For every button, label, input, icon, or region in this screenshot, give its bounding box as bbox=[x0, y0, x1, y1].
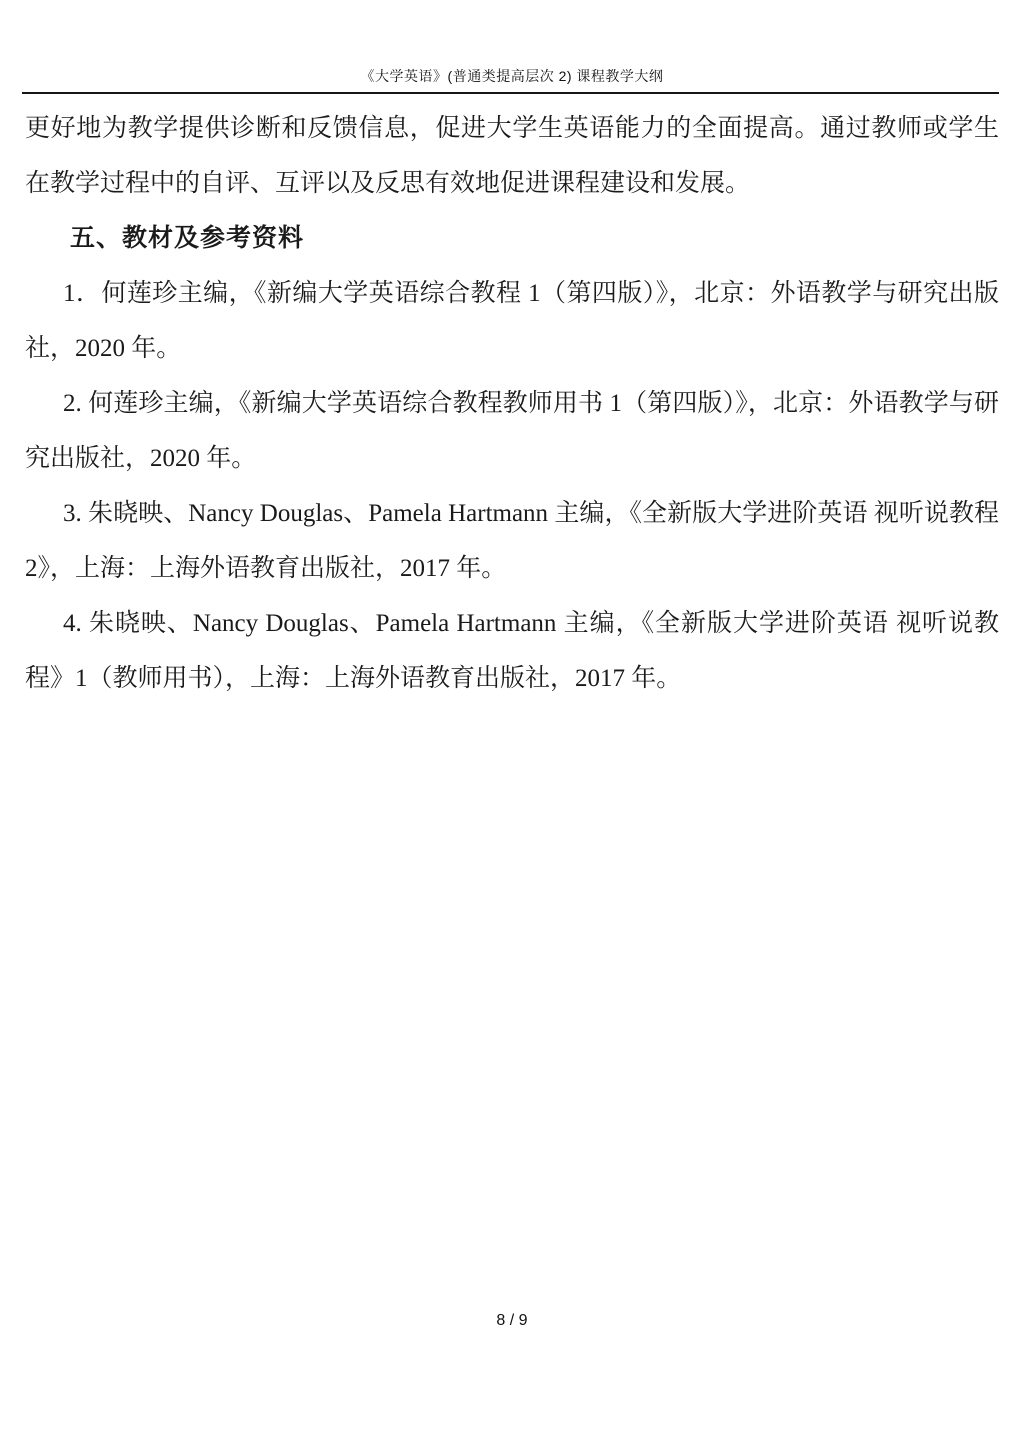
reference-item-4: 4. 朱晓映、Nancy Douglas、Pamela Hartmann 主编，… bbox=[25, 596, 999, 706]
page-number: 8 / 9 bbox=[0, 1312, 1024, 1330]
reference-item-2: 2. 何莲珍主编，《新编大学英语综合教程教师用书 1（第四版）》，北京：外语教学… bbox=[25, 376, 999, 486]
reference-item-1: 1．何莲珍主编，《新编大学英语综合教程 1（第四版）》，北京：外语教学与研究出版… bbox=[25, 266, 999, 376]
document-body: 更好地为教学提供诊断和反馈信息，促进大学生英语能力的全面提高。通过教师或学生在教… bbox=[25, 101, 999, 706]
header-rule bbox=[22, 92, 999, 94]
section-heading-materials: 五、教材及参考资料 bbox=[25, 211, 999, 266]
document-page: 《大学英语》(普通类提高层次 2) 课程教学大纲 更好地为教学提供诊断和反馈信息… bbox=[0, 0, 1024, 1447]
running-header: 《大学英语》(普通类提高层次 2) 课程教学大纲 bbox=[0, 66, 1024, 86]
body-paragraph: 更好地为教学提供诊断和反馈信息，促进大学生英语能力的全面提高。通过教师或学生在教… bbox=[25, 101, 999, 211]
reference-item-3: 3. 朱晓映、Nancy Douglas、Pamela Hartmann 主编，… bbox=[25, 486, 999, 596]
